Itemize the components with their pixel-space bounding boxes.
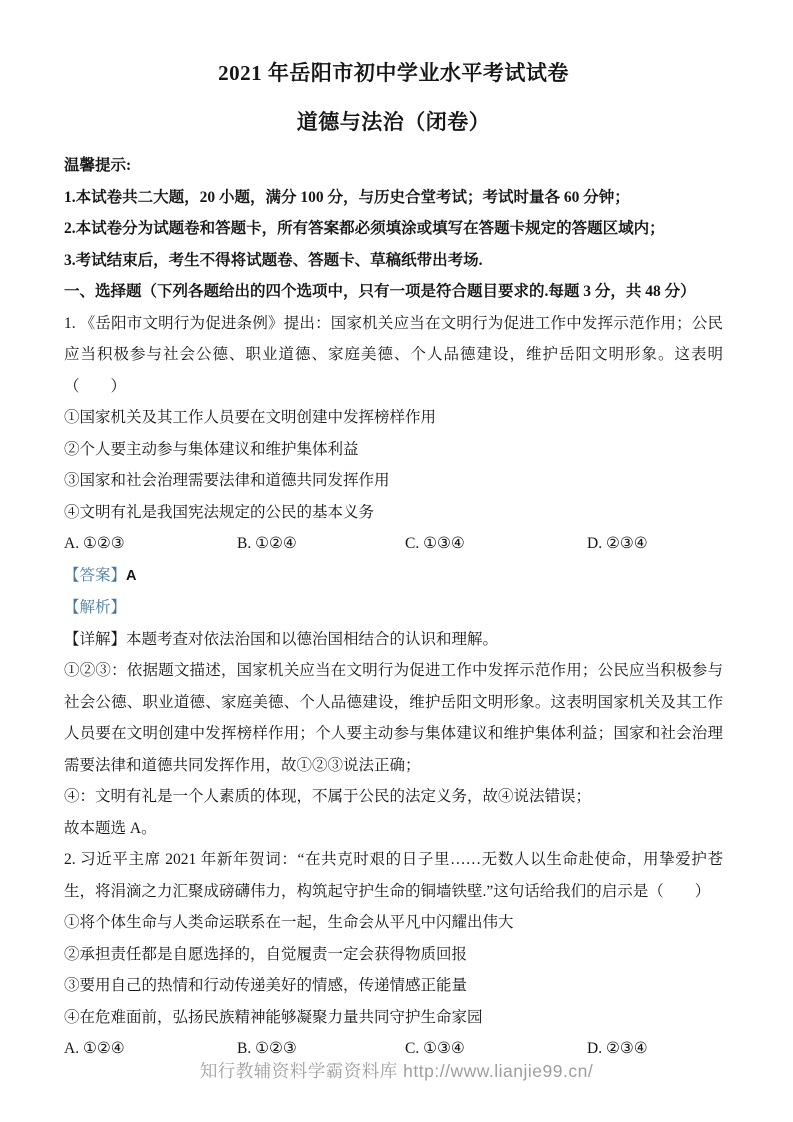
question1-conclusion: 故本题选 A。	[64, 813, 723, 845]
question1-options-row: A. ①②③ B. ①②④ C. ①③④ D. ②③④	[64, 528, 723, 560]
footer-watermark: 知行教辅资料学霸资料库 http://www.lianjie99.cn/	[0, 1058, 793, 1084]
question1-choice-3: ③国家和社会治理需要法律和道德共同发挥作用	[64, 465, 723, 497]
notice-item-1: 1.本试卷共二大题，20 小题，满分 100 分，与历史合堂考试；考试时量各 6…	[64, 182, 723, 214]
question1-stem: 1. 《岳阳市文明行为促进条例》提出：国家机关应当在文明行为促进工作中发挥示范作…	[64, 308, 723, 403]
exam-document-page: 2021 年岳阳市初中学业水平考试试卷 道德与法治（闭卷） 温馨提示: 1.本试…	[0, 0, 793, 1122]
question1-option-a: A. ①②③	[64, 528, 237, 560]
question2-choice-3: ③要用自己的热情和行动传递美好的情感，传递情感正能量	[64, 970, 723, 1002]
question1-option-c: C. ①③④	[405, 528, 587, 560]
question2-stem: 2. 习近平主席 2021 年新年贺词：“在共克时艰的日子里……无数人以生命赴使…	[64, 844, 723, 907]
notice-item-3: 3.考试结束后，考生不得将试题卷、答题卡、草稿纸带出考场.	[64, 245, 723, 277]
question2-choice-1: ①将个体生命与人类命运联系在一起，生命会从平凡中闪耀出伟大	[64, 907, 723, 939]
question2-choice-2: ②承担责任都是自愿选择的，自觉履责一定会获得物质回报	[64, 939, 723, 971]
question1-detail: 【详解】本题考查对依法治国和以德治国相结合的认识和理解。	[64, 624, 723, 656]
answer-value: A	[126, 568, 136, 584]
question1-choice-4: ④文明有礼是我国宪法规定的公民的基本义务	[64, 497, 723, 529]
question1-analysis-line: 【解析】	[64, 592, 723, 624]
notice-heading: 温馨提示:	[64, 150, 723, 182]
section-one-heading: 一、选择题（下列各题给出的四个选项中，只有一项是符合题目要求的.每题 3 分，共…	[64, 276, 723, 308]
page-subtitle: 道德与法治（闭卷）	[64, 107, 723, 137]
page-title: 2021 年岳阳市初中学业水平考试试卷	[64, 58, 723, 88]
question1-choice-1: ①国家机关及其工作人员要在文明创建中发挥榜样作用	[64, 402, 723, 434]
notice-item-2: 2.本试卷分为试题卷和答题卡，所有答案都必须填涂或填写在答题卡规定的答题区域内；	[64, 213, 723, 245]
analysis-label: 【解析】	[64, 599, 126, 616]
question1-explanation-wrong: ④：文明有礼是一个人素质的体现，不属于公民的法定义务，故④说法错误；	[64, 781, 723, 813]
question1-answer-line: 【答案】A	[64, 560, 723, 593]
question1-option-b: B. ①②④	[237, 528, 405, 560]
question1-option-d: D. ②③④	[587, 528, 723, 560]
question1-explanation-correct: ①②③：依据题文描述，国家机关应当在文明行为促进工作中发挥示范作用；公民应当积极…	[64, 655, 723, 781]
answer-label: 【答案】	[64, 567, 126, 584]
question2-choice-4: ④在危难面前，弘扬民族精神能够凝聚力量共同守护生命家园	[64, 1002, 723, 1034]
question1-choice-2: ②个人要主动参与集体建议和维护集体利益	[64, 434, 723, 466]
